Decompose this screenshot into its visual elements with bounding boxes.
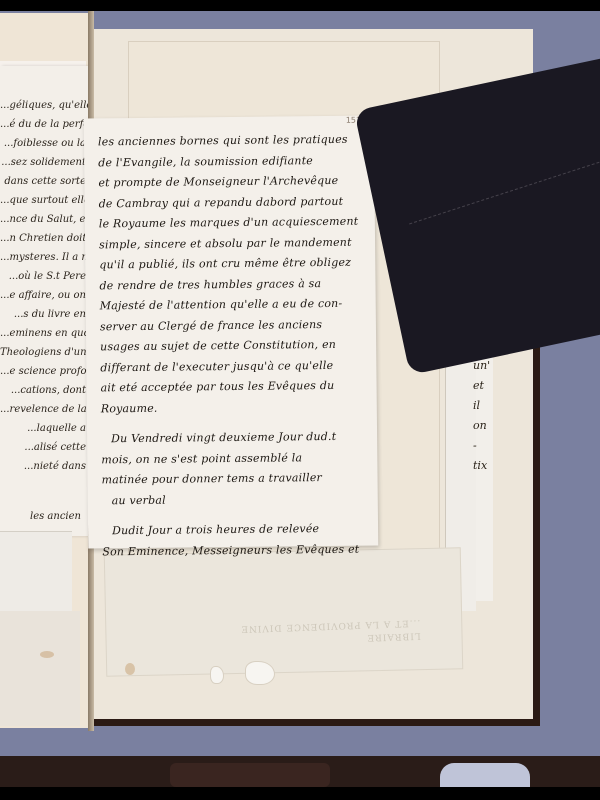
left-line: ...s du livre en — [0, 305, 90, 324]
strip-fragment: on — [473, 416, 493, 436]
left-line: ...eminens en quoi — [0, 324, 90, 343]
left-line: ...laquelle a — [0, 419, 90, 438]
catchword: les ancien — [30, 511, 81, 522]
left-leaf-text: ...géliques, qu'elles ...é du de la perf… — [0, 96, 90, 476]
manuscript-line: Son Eminence, Messeigneurs les Evêques e… — [102, 539, 372, 562]
left-line: ...géliques, qu'elles — [0, 96, 90, 115]
left-line: Theologiens d'une — [0, 343, 90, 362]
left-line: ...sez solidement — [0, 153, 90, 172]
manuscript-line: de Cambray qui a repandu dabord partout — [99, 191, 369, 214]
left-line: ...que surtout elle — [0, 191, 90, 210]
manuscript-line: au verbal — [102, 488, 372, 511]
manuscript-line: de l'Evangile, la soumission edifiante — [98, 150, 368, 173]
left-manuscript-leaf: ...géliques, qu'elles ...é du de la perf… — [0, 66, 88, 536]
manuscript-line: le Royaume les marques d'un acquiescemen… — [99, 212, 369, 235]
strip-fragment: et — [473, 376, 493, 396]
left-line: ...où le S.t Pere — [0, 267, 90, 286]
manuscript-line: mois, on ne s'est point assemblé la — [101, 447, 371, 470]
board-scratch — [409, 156, 600, 225]
left-line: ...cations, dont — [0, 381, 90, 400]
top-black-border — [0, 0, 600, 11]
strip-fragment: tix — [473, 456, 493, 476]
manuscript-line: qu'il a publié, ils ont cru même être ob… — [99, 253, 369, 276]
manuscript-line: differant de l'executer jusqu'à ce qu'el… — [100, 355, 370, 378]
manuscript-line: de rendre de tres humbles graces à sa — [99, 273, 369, 296]
photo-frame: ...géliques, qu'elles ...é du de la perf… — [0, 11, 600, 787]
printed-show-through: LIBRAIRE ...ET A LA PROVIDENCE DIVINE — [149, 581, 421, 650]
manuscript-line: Du Vendredi vingt deuxieme Jour dud.t — [101, 427, 371, 450]
left-line: dans cette sorte — [0, 172, 90, 191]
table-shadow — [170, 763, 330, 787]
manuscript-line: Dudit Jour a trois heures de relevée — [102, 519, 372, 542]
left-line: ...revelence de la — [0, 400, 90, 419]
bottom-black-border — [0, 787, 600, 800]
foxing-stain — [125, 663, 135, 675]
manuscript-line: les anciennes bornes qui sont les pratiq… — [98, 130, 368, 153]
left-line: ...mysteres. Il a m — [0, 248, 90, 267]
left-line: ...nieté dans — [0, 457, 90, 476]
manuscript-line: matinée pour donner tems a travailler — [101, 468, 371, 491]
left-page-bottom — [0, 611, 80, 726]
left-line: ...alisé cette — [0, 438, 90, 457]
left-line: ...e science profon — [0, 362, 90, 381]
foxing-stain — [40, 651, 54, 658]
left-line: ...é du de la perfec — [0, 115, 90, 134]
left-line: ...e affaire, ou ont — [0, 286, 90, 305]
left-line: ...n Chretien doit — [0, 229, 90, 248]
manuscript-line: Royaume. — [101, 396, 371, 419]
manuscript-line: server au Clergé de france les anciens — [100, 314, 370, 337]
strip-fragment: - — [473, 436, 493, 456]
manuscript-line: ait eté acceptée par tous les Evêques du — [100, 376, 370, 399]
left-line: ...nce du Salut, et — [0, 210, 90, 229]
left-line: ...foiblesse ou la — [0, 134, 90, 153]
strip-fragment: il — [473, 396, 493, 416]
glove-or-cloth — [440, 763, 530, 787]
manuscript-text: les anciennes bornes qui sont les pratiq… — [98, 130, 372, 563]
manuscript-line: Majesté de l'attention qu'elle a eu de c… — [100, 294, 370, 317]
manuscript-line: usages au sujet de cette Constitution, e… — [100, 335, 370, 358]
manuscript-line: et prompte de Monseigneur l'Archevêque — [98, 171, 368, 194]
paper-tear — [210, 666, 224, 684]
manuscript-line: simple, sincere et absolu par le mandeme… — [99, 232, 369, 255]
paper-tear — [245, 661, 275, 685]
manuscript-leaf: 151 les anciennes bornes qui sont les pr… — [84, 115, 378, 548]
